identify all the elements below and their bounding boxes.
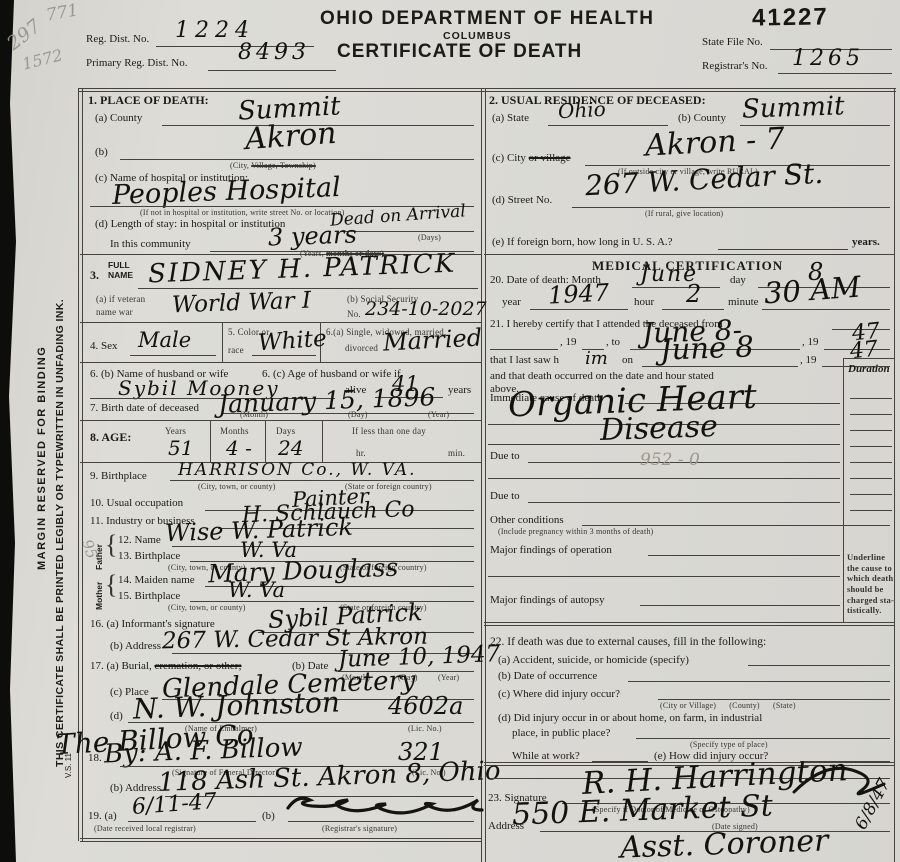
embalmer-lic-caption: (Lic. No.) <box>408 724 442 733</box>
pod-county-label: (a) County <box>95 112 142 124</box>
lastsaw-date: June 8 <box>660 332 755 364</box>
cause-code-pencil: 952 - 0 <box>640 450 700 470</box>
mother-side-label: Mother <box>94 568 104 610</box>
registrar-signature-scrawl <box>280 778 490 823</box>
ssn-value: 234-10-2027 <box>365 300 487 319</box>
margin-ink-text: THIS CERTIFICATE SHALL BE PRINTED LEGIBL… <box>54 95 66 767</box>
informant-address-label: (b) Address <box>110 640 161 652</box>
lastsaw-on: on <box>622 354 633 366</box>
age-years-value: 51 <box>168 438 193 458</box>
certify-to: , to <box>606 336 620 348</box>
marital-label-2: divorced <box>345 343 378 353</box>
pod-hospital-caption: (If not in hospital or institution, writ… <box>140 208 345 217</box>
external-d-label-2: place, in public place? <box>512 727 610 739</box>
father-side-label: Father <box>94 528 104 570</box>
birthdate-cap-year: (Year) <box>428 410 449 419</box>
res-city-label: (c) City or village <box>492 152 571 164</box>
name-label-name: NAME <box>108 270 133 280</box>
underline-note: Underline the cause to which death shoul… <box>847 552 895 616</box>
registrar-sig-label: (b) <box>262 810 275 822</box>
external-a-label: (a) Accident, suicide, or homicide (spec… <box>498 654 689 666</box>
pod-stay-caption: (Days) <box>418 233 441 242</box>
veteran-value: World War I <box>172 290 312 318</box>
file-number-stamp: 41227 <box>752 3 829 32</box>
lastsaw-him: im <box>585 350 608 368</box>
age-min-label: min. <box>448 448 465 458</box>
res-foreign-label: (e) If foreign born, how long in U. S. A… <box>492 236 673 248</box>
veteran-label-2: name war <box>96 307 133 317</box>
age-days-value: 24 <box>278 438 303 458</box>
external-title: 22. If death was due to external causes,… <box>490 636 766 648</box>
birthplace-cap-1: (City, town, or county) <box>198 482 276 491</box>
lastsaw-19: , 19 <box>800 354 817 366</box>
dod-minute-label: minute <box>728 296 759 308</box>
physician-role-value: Asst. Coroner <box>620 826 829 862</box>
operation-label: Major findings of operation <box>490 544 612 556</box>
received-caption: (Date received local registrar) <box>94 824 196 833</box>
pod-city-caption-2: Village, Township) <box>251 161 316 170</box>
res-street-caption: (If rural, give location) <box>645 209 723 218</box>
birthplace-value: HARRISON Co., W. VA. <box>178 462 417 479</box>
received-label: 19. (a) <box>88 810 117 822</box>
res-state-label: (a) State <box>492 112 529 124</box>
external-d-label-1: (d) Did injury occur in or about home, o… <box>498 712 762 724</box>
birthplace-label: 9. Birthplace <box>90 470 147 482</box>
header-title: CERTIFICATE OF DEATH <box>337 41 582 63</box>
dod-day-label: day <box>730 274 746 286</box>
pod-city-caption-1: (City, <box>230 161 249 170</box>
pod-community-value: 3 years <box>268 222 358 249</box>
mother-brace: { <box>105 570 117 600</box>
birthdate-cap-month: (Month) <box>240 410 268 419</box>
pod-city-label: (b) <box>95 146 108 158</box>
father-birthplace-label: 13. Birthplace <box>118 550 180 562</box>
registrar-no-value: 1265 <box>792 48 864 70</box>
other-conditions-caption: (Include pregnancy within 3 months of de… <box>498 527 653 536</box>
pod-hospital-value: Peoples Hospital <box>112 174 341 209</box>
res-state-value: Ohio <box>558 99 607 121</box>
external-e-label-1: While at work? <box>512 750 580 762</box>
reg-dist-value: 1224 <box>175 20 255 42</box>
age-days-header: Days <box>276 426 295 436</box>
name-label-full: FULL <box>108 260 130 270</box>
primary-reg-value: 8493 <box>238 42 310 64</box>
external-d-caption: (Specify type of place) <box>690 740 768 749</box>
due-to-2-label: Due to <box>490 490 520 502</box>
birthdate-cap-day: (Day) <box>348 410 368 419</box>
state-file-label: State File No. <box>702 36 763 48</box>
father-brace: { <box>105 530 117 560</box>
dod-hour-label: hour <box>634 296 654 308</box>
age-hr-label: hr. <box>356 448 366 458</box>
ssn-label-2: No. <box>347 309 361 319</box>
external-c-caption: (City or Village) (County) (State) <box>660 701 796 710</box>
due-to-1-label: Due to <box>490 450 520 462</box>
director-address-label: (b) Address <box>110 782 161 794</box>
registrar-no-label: Registrar's No. <box>702 60 768 72</box>
physician-addr-value: 550 E. Market St <box>512 791 774 830</box>
reg-dist-label: Reg. Dist. No. <box>86 33 149 45</box>
sex-label: 4. Sex <box>90 340 118 352</box>
marital-value: Married <box>382 325 482 354</box>
mother-bp-cap-1: (City, town, or county) <box>168 603 246 612</box>
pencil-number: 1572 <box>20 45 64 73</box>
res-county-value: Summit <box>742 93 845 123</box>
pod-community-label: In this community <box>110 238 191 250</box>
pod-stay-label: (d) Length of stay: in hospital or insti… <box>95 218 285 230</box>
pencil-number: 771 <box>45 0 80 25</box>
death-certificate-scan: 771 297 1572 95 MARGIN RESERVED FOR BIND… <box>0 0 900 862</box>
veteran-label-1: (a) if veteran <box>96 294 145 304</box>
lastsaw-year: 47 <box>849 339 879 364</box>
res-street-label: (d) Street No. <box>492 194 552 206</box>
burial-label-1: 17. (a) Burial, <box>90 660 152 672</box>
color-label-2: race <box>228 345 244 355</box>
name-number: 3. <box>90 268 99 283</box>
res-city-value: Akron - 7 <box>644 124 785 161</box>
age-months-value: 4 - <box>226 438 252 458</box>
age-title: 8. AGE: <box>90 430 131 445</box>
color-value: White <box>257 328 327 356</box>
father-name-label: 12. Name <box>118 534 161 546</box>
res-city-label-1: (c) City <box>492 152 526 164</box>
autopsy-label: Major findings of autopsy <box>490 594 605 606</box>
res-county-label: (b) County <box>678 112 726 124</box>
burial-cap-year: (Year) <box>438 673 459 682</box>
duration-header: Duration <box>848 363 890 375</box>
certify-19a: , 19 <box>560 336 577 348</box>
registrar-sig-caption: (Registrar's signature) <box>322 824 397 833</box>
dod-year-value: 1947 <box>547 280 609 307</box>
dod-hour-value: 2 <box>686 282 701 306</box>
burial-label: 17. (a) Burial, cremation, or other; <box>90 660 242 672</box>
external-c-label: (c) Where did injury occur? <box>498 688 620 700</box>
cause-value-2: Disease <box>600 412 719 446</box>
director-number: 18. <box>88 752 102 764</box>
certify-19b: , 19 <box>802 336 819 348</box>
deceased-name-value: SIDNEY H. PATRICK <box>148 251 457 288</box>
res-foreign-suffix: years. <box>852 236 880 248</box>
other-conditions-label: Other conditions <box>490 514 564 526</box>
embalmer-lic-value: 4602a <box>388 694 463 718</box>
birthdate-label: 7. Birth date of deceased <box>90 402 199 414</box>
director-value: By: A. F. Billow <box>104 735 303 768</box>
pod-city-value: Akron <box>244 119 337 155</box>
mother-birthplace-label: 15. Birthplace <box>118 590 180 602</box>
dod-minute-value: 30 AM <box>763 273 862 309</box>
age-less-header: If less than one day <box>352 426 426 436</box>
res-city-label-2: or village <box>529 152 571 164</box>
pod-city-caption: (City, Village, Township) <box>230 161 316 170</box>
mother-name-label: 14. Maiden name <box>118 574 195 586</box>
burial-label-2: cremation, or other; <box>154 660 241 672</box>
external-b-label: (b) Date of occurrence <box>498 670 597 682</box>
dod-year-label: year <box>502 296 521 308</box>
age-months-header: Months <box>220 426 249 436</box>
sex-value: Male <box>138 330 191 351</box>
margin-binding-text: MARGIN RESERVED FOR BINDING <box>36 160 48 570</box>
occupation-label: 10. Usual occupation <box>90 497 183 509</box>
lastsaw-label: that I last saw h <box>490 354 559 366</box>
primary-reg-label: Primary Reg. Dist. No. <box>86 57 187 69</box>
spouse-years-label: years <box>448 384 471 396</box>
scan-black-edge <box>0 0 17 862</box>
header-dept: OHIO DEPARTMENT OF HEALTH <box>320 8 654 30</box>
age-years-header: Years <box>165 426 186 436</box>
received-date-value: 6/11-47 <box>131 791 217 819</box>
place-of-death-title: 1. PLACE OF DEATH: <box>88 93 209 108</box>
embalmer-label: (d) <box>110 710 123 722</box>
spouse-age-label: 6. (c) Age of husband or wife if <box>262 368 401 380</box>
mother-birthplace-value: W. Va <box>228 580 285 601</box>
